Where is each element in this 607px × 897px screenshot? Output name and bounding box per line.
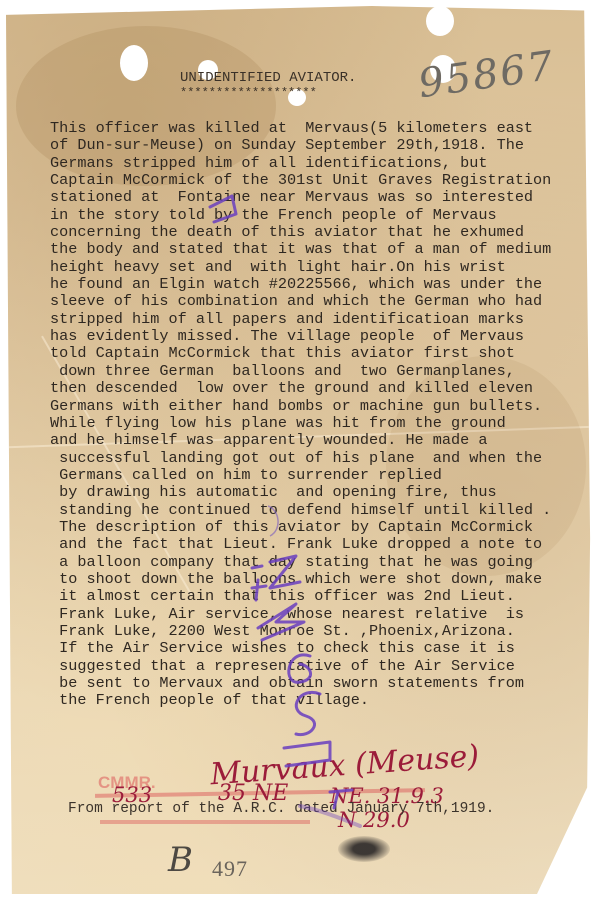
pencil-letter-b: B [168, 840, 193, 880]
ink-smudge [338, 836, 390, 862]
file-reference-number: 497 [212, 856, 248, 882]
purple-handwritten-marks [0, 0, 607, 897]
